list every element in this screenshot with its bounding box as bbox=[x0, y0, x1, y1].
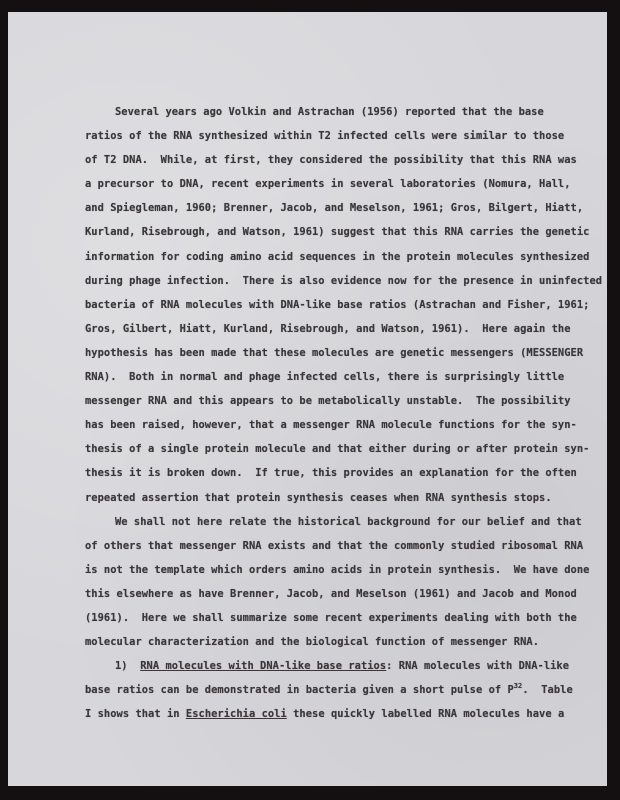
text-line: Several years ago Volkin and Astrachan (… bbox=[85, 100, 545, 124]
text-line: this elsewhere as have Brenner, Jacob, a… bbox=[85, 582, 545, 606]
text-line: molecular characterization and the biolo… bbox=[85, 630, 545, 654]
body-text: Several years ago Volkin and Astrachan (… bbox=[85, 100, 545, 726]
text-line: messenger RNA and this appears to be met… bbox=[85, 389, 545, 413]
text-line: information for coding amino acid sequen… bbox=[85, 245, 545, 269]
section-number: 1) bbox=[115, 660, 128, 672]
text-line: Kurland, Risebrough, and Watson, 1961) s… bbox=[85, 220, 545, 244]
text-line: of T2 DNA. While, at first, they conside… bbox=[85, 148, 545, 172]
text-line: base ratios can be demonstrated in bacte… bbox=[85, 678, 545, 702]
section-heading: RNA molecules with DNA-like base ratios bbox=[140, 660, 386, 672]
text-line: RNA). Both in normal and phage infected … bbox=[85, 365, 545, 389]
text-line: Gros, Gilbert, Hiatt, Kurland, Risebroug… bbox=[85, 317, 545, 341]
section-heading-suffix: : RNA molecules with DNA-like bbox=[386, 660, 569, 672]
text-line: repeated assertion that protein synthesi… bbox=[85, 486, 545, 510]
text-span: these quickly labelled RNA molecules hav… bbox=[287, 708, 564, 720]
typewritten-page: Several years ago Volkin and Astrachan (… bbox=[8, 12, 607, 786]
text-line: during phage infection. There is also ev… bbox=[85, 269, 545, 293]
text-line: a precursor to DNA, recent experiments i… bbox=[85, 172, 545, 196]
text-line: I shows that in Escherichia coli these q… bbox=[85, 702, 545, 726]
text-span: . Table bbox=[522, 684, 572, 696]
text-line: of others that messenger RNA exists and … bbox=[85, 534, 545, 558]
text-line: (1961). Here we shall summarize some rec… bbox=[85, 606, 545, 630]
text-line: We shall not here relate the historical … bbox=[85, 510, 545, 534]
text-line: ratios of the RNA synthesized within T2 … bbox=[85, 124, 545, 148]
text-line: has been raised, however, that a messeng… bbox=[85, 413, 545, 437]
text-span: base ratios can be demonstrated in bacte… bbox=[85, 684, 514, 696]
text-line: thesis it is broken down. If true, this … bbox=[85, 461, 545, 485]
text-line: hypothesis has been made that these mole… bbox=[85, 341, 545, 365]
text-line: bacteria of RNA molecules with DNA-like … bbox=[85, 293, 545, 317]
text-line: is not the template which orders amino a… bbox=[85, 558, 545, 582]
text-line: and Spiegleman, 1960; Brenner, Jacob, an… bbox=[85, 196, 545, 220]
text-line: thesis of a single protein molecule and … bbox=[85, 437, 545, 461]
text-span: I shows that in bbox=[85, 708, 186, 720]
section-heading-line: 1) RNA molecules with DNA-like base rati… bbox=[85, 654, 545, 678]
species-name: Escherichia coli bbox=[186, 708, 287, 720]
